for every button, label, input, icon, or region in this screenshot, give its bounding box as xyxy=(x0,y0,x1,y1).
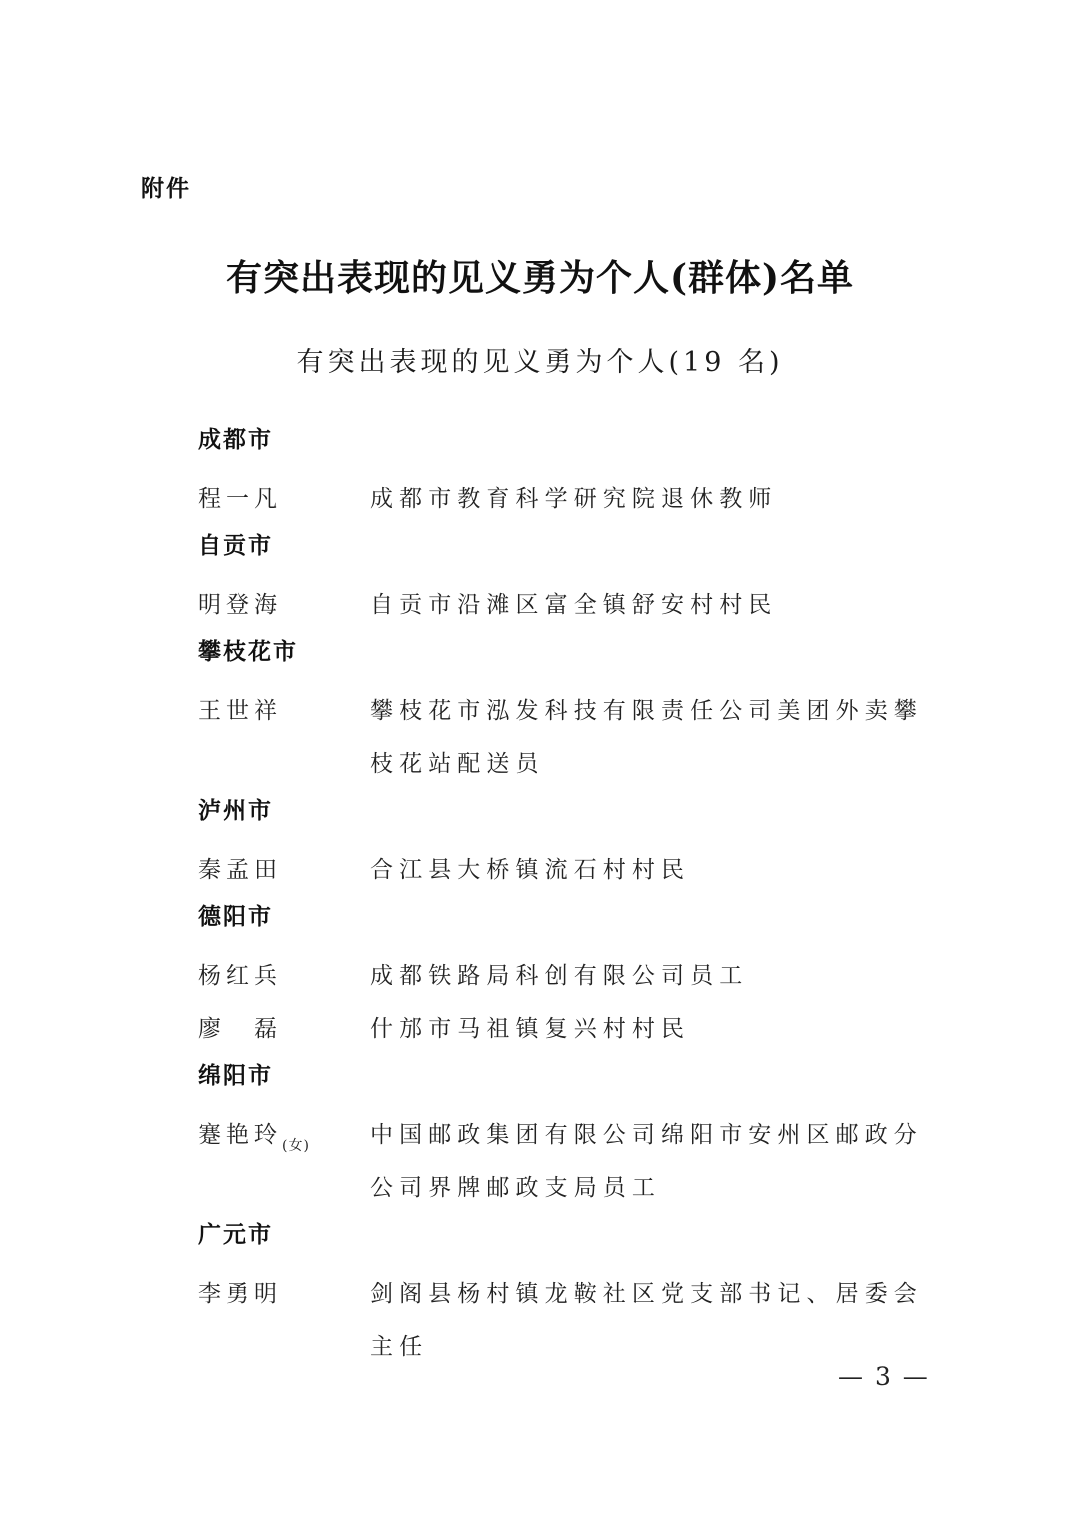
honoree-description: 剑阁县杨村镇龙鞍社区党支部书记、居委会主任 xyxy=(370,1268,945,1374)
page-number: — 3 — xyxy=(838,1362,930,1391)
section-title: 有突出表现的见义勇为个人(19 名) xyxy=(0,340,1080,379)
city-heading: 广元市 xyxy=(198,1215,958,1268)
honoree-list: 成都市 程一凡 成都市教育科学研究院退休教师 自贡市 明登海 自贡市沿滩区富全镇… xyxy=(198,420,958,1374)
city-heading: 成都市 xyxy=(198,420,958,473)
honoree-name: 廖 磊 xyxy=(198,1003,370,1056)
honoree-description: 自贡市沿滩区富全镇舒安村村民 xyxy=(370,579,945,632)
honoree-entry: 蹇艳玲(女) 中国邮政集团有限公司绵阳市安州区邮政分公司界牌邮政支局员工 xyxy=(198,1109,958,1215)
honoree-description: 成都铁路局科创有限公司员工 xyxy=(370,950,945,1003)
honoree-name: 秦孟田 xyxy=(198,844,370,897)
honoree-entry: 程一凡 成都市教育科学研究院退休教师 xyxy=(198,473,958,526)
city-heading: 自贡市 xyxy=(198,526,958,579)
honoree-name: 杨红兵 xyxy=(198,950,370,1003)
city-group-panzhihua: 攀枝花市 王世祥 攀枝花市泓发科技有限责任公司美团外卖攀枝花站配送员 xyxy=(198,632,958,791)
name-text: 王世祥 xyxy=(198,698,282,724)
honoree-entry: 王世祥 攀枝花市泓发科技有限责任公司美团外卖攀枝花站配送员 xyxy=(198,685,958,791)
honoree-entry: 秦孟田 合江县大桥镇流石村村民 xyxy=(198,844,958,897)
name-text: 李勇明 xyxy=(198,1281,282,1307)
document-title: 有突出表现的见义勇为个人(群体)名单 xyxy=(0,250,1080,301)
honoree-name: 明登海 xyxy=(198,579,370,632)
attachment-label: 附件 xyxy=(141,170,191,203)
city-heading: 绵阳市 xyxy=(198,1056,958,1109)
honoree-entry: 杨红兵 成都铁路局科创有限公司员工 xyxy=(198,950,958,1003)
honoree-name: 王世祥 xyxy=(198,685,370,791)
name-text: 蹇艳玲 xyxy=(198,1122,282,1148)
honoree-description: 成都市教育科学研究院退休教师 xyxy=(370,473,945,526)
honoree-name: 蹇艳玲(女) xyxy=(198,1109,370,1215)
city-group-mianyang: 绵阳市 蹇艳玲(女) 中国邮政集团有限公司绵阳市安州区邮政分公司界牌邮政支局员工 xyxy=(198,1056,958,1215)
name-text: 秦孟田 xyxy=(198,857,282,883)
honoree-name: 李勇明 xyxy=(198,1268,370,1374)
honoree-description: 中国邮政集团有限公司绵阳市安州区邮政分公司界牌邮政支局员工 xyxy=(370,1109,945,1215)
honoree-entry: 李勇明 剑阁县杨村镇龙鞍社区党支部书记、居委会主任 xyxy=(198,1268,958,1374)
city-group-deyang: 德阳市 杨红兵 成都铁路局科创有限公司员工 廖 磊 什邡市马祖镇复兴村村民 xyxy=(198,897,958,1056)
honoree-entry: 明登海 自贡市沿滩区富全镇舒安村村民 xyxy=(198,579,958,632)
city-heading: 德阳市 xyxy=(198,897,958,950)
honoree-entry: 廖 磊 什邡市马祖镇复兴村村民 xyxy=(198,1003,958,1056)
name-text: 明登海 xyxy=(198,592,282,618)
name-text: 杨红兵 xyxy=(198,963,282,989)
city-group-zigong: 自贡市 明登海 自贡市沿滩区富全镇舒安村村民 xyxy=(198,526,958,632)
honoree-name: 程一凡 xyxy=(198,473,370,526)
name-text: 廖 磊 xyxy=(198,1016,282,1042)
honoree-description: 什邡市马祖镇复兴村村民 xyxy=(370,1003,945,1056)
city-group-guangyuan: 广元市 李勇明 剑阁县杨村镇龙鞍社区党支部书记、居委会主任 xyxy=(198,1215,958,1374)
city-group-chengdu: 成都市 程一凡 成都市教育科学研究院退休教师 xyxy=(198,420,958,526)
city-group-luzhou: 泸州市 秦孟田 合江县大桥镇流石村村民 xyxy=(198,791,958,897)
city-heading: 攀枝花市 xyxy=(198,632,958,685)
honoree-description: 合江县大桥镇流石村村民 xyxy=(370,844,945,897)
gender-note: (女) xyxy=(282,1138,310,1154)
honoree-description: 攀枝花市泓发科技有限责任公司美团外卖攀枝花站配送员 xyxy=(370,685,945,791)
city-heading: 泸州市 xyxy=(198,791,958,844)
name-text: 程一凡 xyxy=(198,486,282,512)
